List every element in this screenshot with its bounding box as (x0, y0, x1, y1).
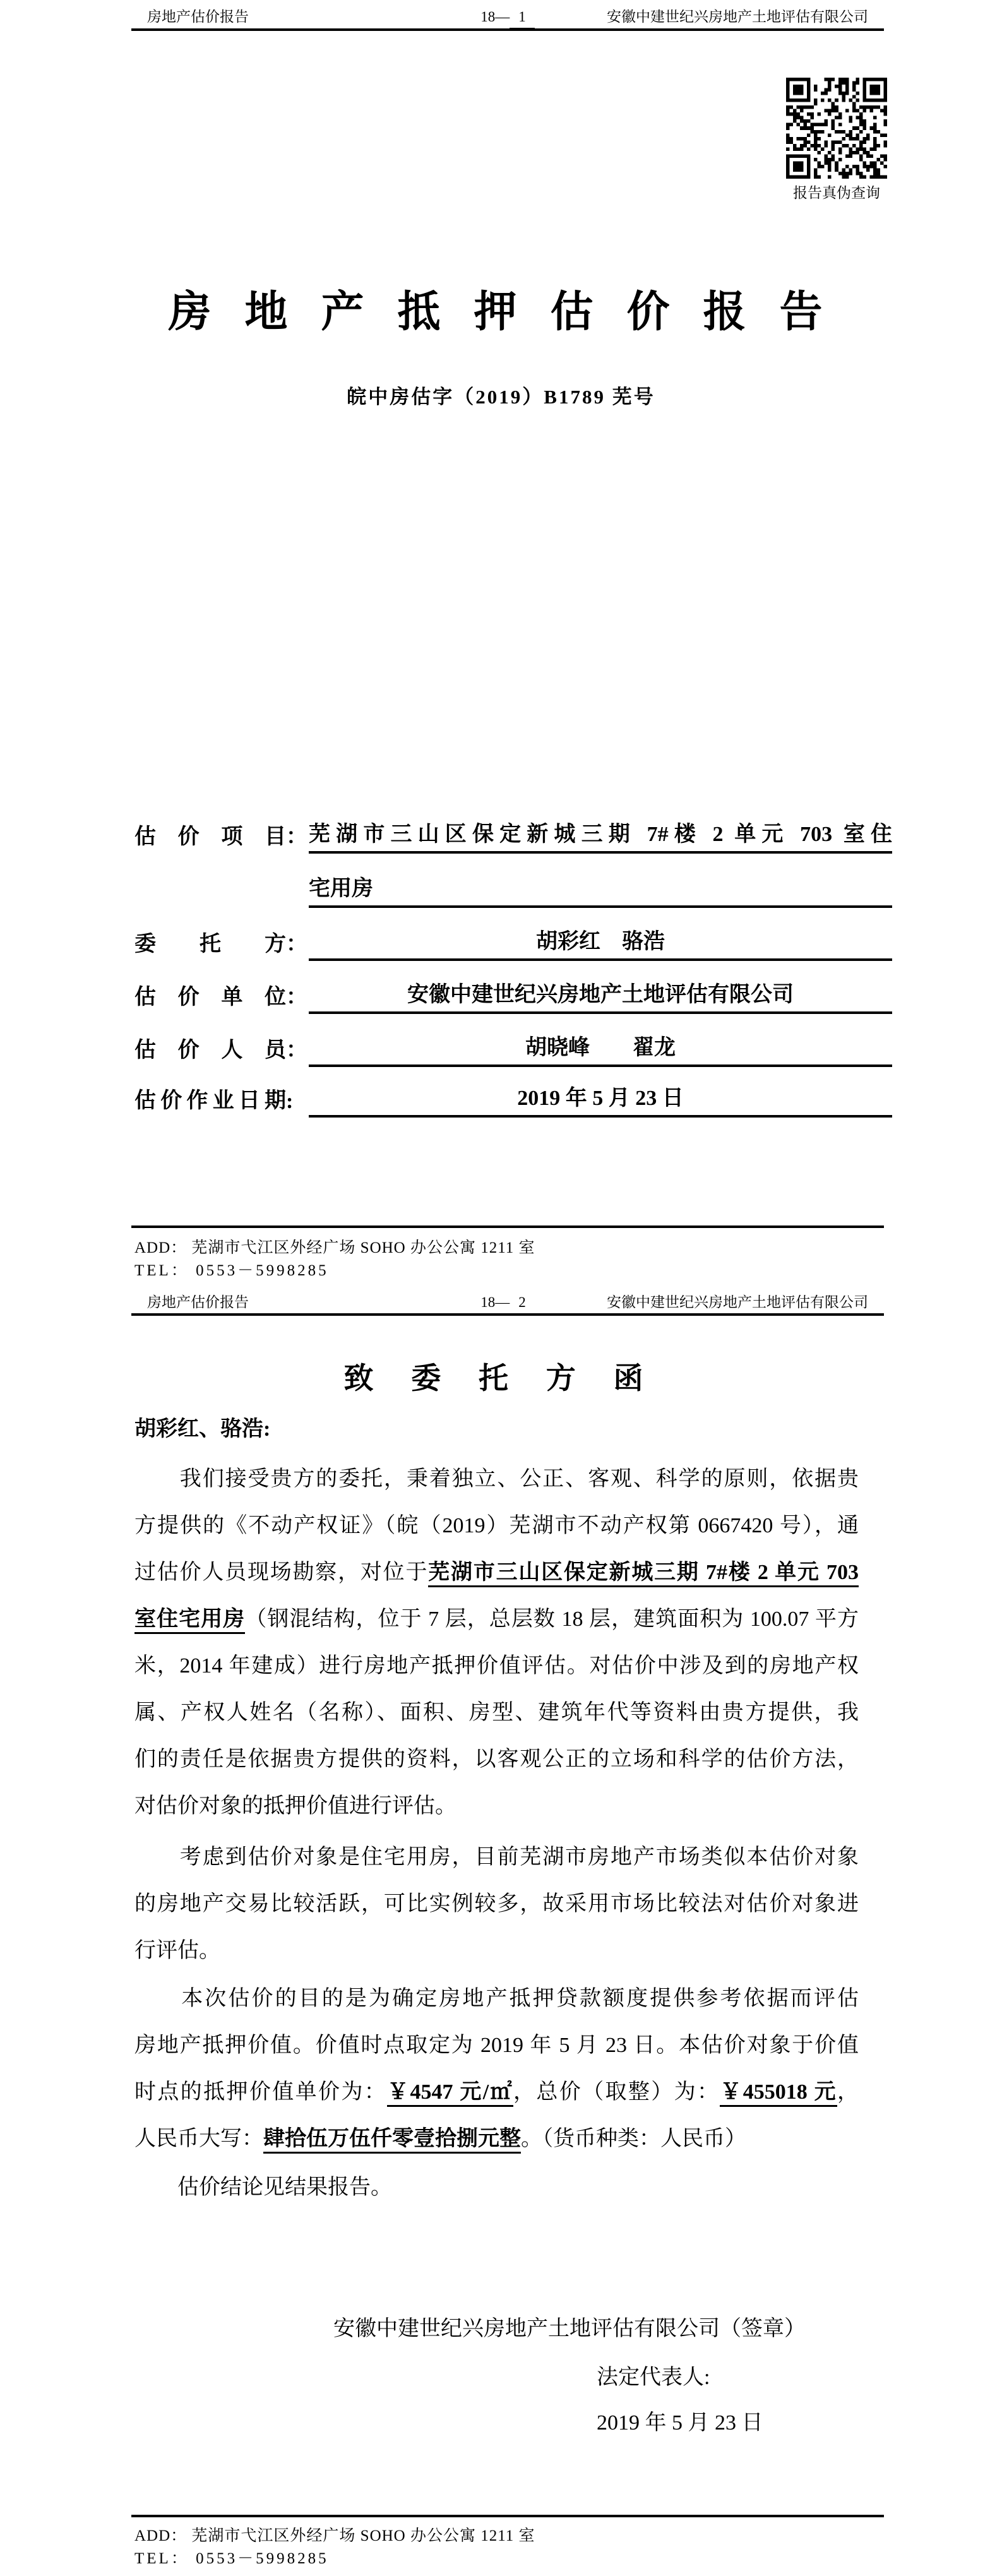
body-line: 过估价人员现场勘察，对位于芜湖市三山区保定新城三期 7#楼 2 单元 703 (134, 1549, 859, 1596)
paragraph-3: 本次估价的目的是为确定房地产抵押贷款额度提供参考依据而评估 房地产抵押价值。价值… (134, 1976, 859, 2162)
page1-header: 房地产估价报告 18—1 安徽中建世纪兴房地产土地评估有限公司 (131, 6, 884, 28)
field-colon: : (286, 1090, 309, 1118)
text-run: 考虑到估价对象是住宅用房，目前芜湖市房地产市场类似本估价对象 (134, 1846, 859, 1869)
field-colon: ： (286, 819, 309, 854)
text-run: 对估价对象的抵押价值进行评估。 (134, 1794, 456, 1818)
text-run: 人民币大写： (134, 2127, 263, 2150)
text-run: 过估价人员现场勘察，对位于 (134, 1561, 428, 1584)
footer-address: ADD： 芜湖市弋江区外经广场 SOHO 办公公寓 1211 室 (134, 2525, 535, 2548)
field-value-client: 胡彩红 骆浩 (309, 924, 892, 961)
field-row-client: 委 托 方 ： 胡彩红 骆浩 (134, 926, 892, 961)
field-label-client: 委 托 方 (134, 926, 286, 961)
body-line: 我们接受贵方的委托，秉着独立、公正、客观、科学的原则，依据贵 (134, 1456, 859, 1503)
body-line: 本次估价的目的是为确定房地产抵押贷款额度提供参考依据而评估 (134, 1976, 859, 2022)
signature-date: 2019 年 5 月 23 日 (597, 2410, 763, 2436)
body-line: 室住宅用房（钢混结构，位于 7 层，总层数 18 层，建筑面积为 100.07 … (134, 1596, 859, 1643)
header-company: 安徽中建世纪兴房地产土地评估有限公司 (607, 1292, 868, 1313)
text-run: 我们接受贵方的委托，秉着独立、公正、客观、科学的原则，依据贵 (134, 1467, 859, 1491)
body-line: 人民币大写：肆拾伍万伍仟零壹拾捌元整。（货币种类：人民币） (134, 2116, 859, 2162)
field-label-appraisers: 估 价 人 员 (134, 1032, 286, 1067)
body-line: 房地产抵押价值。价值时点取定为 2019 年 5 月 23 日。本估价对象于价值 (134, 2022, 859, 2069)
page-number-value: 1 (510, 6, 535, 30)
qr-code (786, 78, 887, 179)
field-label-date: 估价作业日期 (134, 1083, 286, 1118)
body-line: 行评估。 (134, 1928, 859, 1974)
text-run: （钢混结构，位于 7 层，总层数 18 层，建筑面积为 100.07 平方 (245, 1607, 859, 1631)
footer-phone: TEL： 0553－5998285 (134, 1260, 329, 1282)
text-run: ，总价（取整）为： (513, 2080, 720, 2104)
field-colon: ： (286, 1032, 309, 1067)
page-number-value: 2 (510, 1292, 535, 1315)
body-line: 属、产权人姓名（名称）、面积、房型、建筑年代等资料由贵方提供，我 (134, 1690, 859, 1736)
page-number-prefix: 18— (480, 9, 510, 25)
document: 房地产估价报告 18—1 安徽中建世纪兴房地产土地评估有限公司 报告真伪查询 房… (0, 0, 1002, 2576)
field-row-agency: 估 价 单 位 ： 安徽中建世纪兴房地产土地评估有限公司 (134, 979, 892, 1014)
signature-company: 安徽中建世纪兴房地产土地评估有限公司（签章） (333, 2316, 806, 2342)
text-run: 房地产抵押价值。价值时点取定为 2019 年 5 月 23 日。本估价对象于价值 (134, 2034, 859, 2057)
text-run: 时点的抵押价值单价为： (134, 2080, 387, 2104)
field-value-project: 芜湖市三山区保定新城三期 7#楼 2 单元 703 室住 (309, 816, 892, 854)
footer-divider (131, 1225, 884, 1228)
text-run: ， (837, 2080, 859, 2104)
field-value-appraisers: 胡晓峰 翟龙 (309, 1030, 892, 1067)
body-line: 方提供的《不动产权证》（皖（2019）芜湖市不动产权第 0667420 号），通 (134, 1503, 859, 1549)
footer-divider (131, 2515, 884, 2517)
body-line: 对估价对象的抵押价值进行评估。 (134, 1783, 859, 1830)
text-run: 行评估。 (134, 1939, 220, 1962)
field-row-project: 估 价 项 目 ： 芜湖市三山区保定新城三期 7#楼 2 单元 703 室住 (134, 818, 892, 854)
legal-representative: 法定代表人: (597, 2364, 710, 2391)
field-row-appraisers: 估 价 人 员 ： 胡晓峰 翟龙 (134, 1032, 892, 1067)
report-number: 皖中房估字（2019）B1789 芜号 (0, 383, 1002, 412)
page-number-prefix: 18— (480, 1294, 510, 1310)
page2-header: 房地产估价报告 18—2 安徽中建世纪兴房地产土地评估有限公司 (131, 1292, 884, 1313)
letter-title: 致 委 托 方 函 (0, 1359, 1002, 1399)
header-company: 安徽中建世纪兴房地产土地评估有限公司 (607, 6, 868, 28)
emphasized-text: 芜湖市三山区保定新城三期 7#楼 2 单元 703 (428, 1561, 859, 1587)
field-value-agency: 安徽中建世纪兴房地产土地评估有限公司 (309, 977, 892, 1014)
field-value-project-cont: 宅用房 (309, 871, 892, 908)
field-row-date: 估价作业日期 : 2019 年 5 月 23 日 (134, 1082, 892, 1118)
emphasized-text: ￥4547 元/㎡ (387, 2080, 513, 2107)
paragraph-1: 我们接受贵方的委托，秉着独立、公正、客观、科学的原则，依据贵 方提供的《不动产权… (134, 1456, 859, 1830)
qr-caption: 报告真伪查询 (761, 184, 912, 203)
field-row-project-cont: 宅用房 (134, 873, 892, 908)
body-line: 的房地产交易比较活跃，可比实例较多，故采用市场比较法对估价对象进 (134, 1881, 859, 1928)
text-run: 们的责任是依据贵方提供的资料，以客观公正的立场和科学的估价方法， (134, 1748, 859, 1771)
field-value-date: 2019 年 5 月 23 日 (309, 1080, 892, 1118)
footer-address: ADD： 芜湖市弋江区外经广场 SOHO 办公公寓 1211 室 (134, 1237, 535, 1260)
paragraph-4: 估价结论见结果报告。 (134, 2164, 859, 2211)
emphasized-text: ￥455018 元 (720, 2080, 837, 2107)
text-run: 方提供的《不动产权证》（皖（2019）芜湖市不动产权第 0667420 号），通 (134, 1514, 859, 1537)
header-divider (131, 1313, 884, 1316)
field-label-agency: 估 价 单 位 (134, 979, 286, 1014)
header-divider (131, 28, 884, 31)
footer-phone: TEL： 0553－5998285 (134, 2548, 329, 2570)
field-colon: ： (286, 926, 309, 961)
field-colon: ： (286, 979, 309, 1014)
emphasized-text: 室住宅用房 (134, 1607, 245, 1634)
salutation: 胡彩红、骆浩: (134, 1414, 270, 1445)
body-line: 米，2014 年建成）进行房地产抵押价值评估。对估价中涉及到的房地产权 (134, 1643, 859, 1690)
body-line: 估价结论见结果报告。 (134, 2164, 859, 2211)
text-run: 属、产权人姓名（名称）、面积、房型、建筑年代等资料由贵方提供，我 (134, 1701, 859, 1724)
text-run: 本次估价的目的是为确定房地产抵押贷款额度提供参考依据而评估 (134, 1987, 859, 2010)
body-line: 考虑到估价对象是住宅用房，目前芜湖市房地产市场类似本估价对象 (134, 1834, 859, 1881)
field-label-project: 估 价 项 目 (134, 819, 286, 854)
text-run: 米，2014 年建成）进行房地产抵押价值评估。对估价中涉及到的房地产权 (134, 1654, 859, 1678)
body-line: 们的责任是依据贵方提供的资料，以客观公正的立场和科学的估价方法， (134, 1736, 859, 1783)
text-run: 估价结论见结果报告。 (134, 2176, 392, 2199)
emphasized-text: 肆拾伍万伍仟零壹拾捌元整 (263, 2127, 521, 2154)
text-run: 的房地产交易比较活跃，可比实例较多，故采用市场比较法对估价对象进 (134, 1892, 859, 1916)
report-title: 房 地 产 抵 押 估 价 报 告 (0, 280, 1002, 343)
body-line: 时点的抵押价值单价为：￥4547 元/㎡，总价（取整）为：￥455018 元， (134, 2069, 859, 2116)
paragraph-2: 考虑到估价对象是住宅用房，目前芜湖市房地产市场类似本估价对象 的房地产交易比较活… (134, 1834, 859, 1974)
text-run: 。（货币种类：人民币） (521, 2127, 746, 2150)
